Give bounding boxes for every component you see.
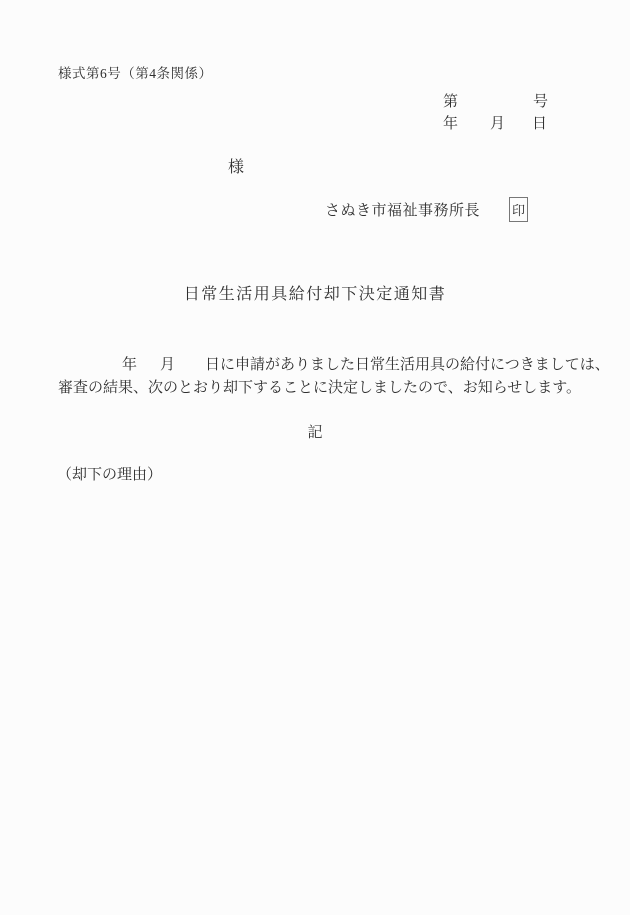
document-page: 様式第6号（第4条関係） 第 号 年 月 日 様 さぬき市福祉事務所長 印 日常… (0, 0, 630, 915)
body-line1-text: 日に申請がありました日常生活用具の給付につきましては、 (205, 357, 610, 373)
addressee-honorific: 様 (228, 154, 244, 177)
seal-label: 印 (512, 200, 525, 219)
date-year-label: 年 (443, 112, 458, 133)
body-date-month: 月 (160, 357, 175, 373)
record-marker: 記 (0, 421, 630, 442)
date-month-label: 月 (490, 112, 505, 133)
date-day-label: 日 (532, 112, 547, 133)
body-date-year: 年 (122, 357, 137, 373)
document-title: 日常生活用具給付却下決定通知書 (0, 281, 630, 304)
doc-number-prefix: 第 (443, 90, 458, 111)
sender-title: さぬき市福祉事務所長 (325, 199, 480, 220)
doc-number-suffix: 号 (533, 90, 548, 111)
body-paragraph-line2: 審査の結果、次のとおり却下することに決定しましたので、お知らせします。 (58, 376, 581, 397)
rejection-reason-label: （却下の理由） (57, 463, 162, 484)
seal-placeholder-box: 印 (509, 197, 528, 222)
body-paragraph-line1: 年月日に申請がありました日常生活用具の給付につきましては、 (58, 353, 610, 374)
form-number-label: 様式第6号（第4条関係） (58, 62, 213, 82)
